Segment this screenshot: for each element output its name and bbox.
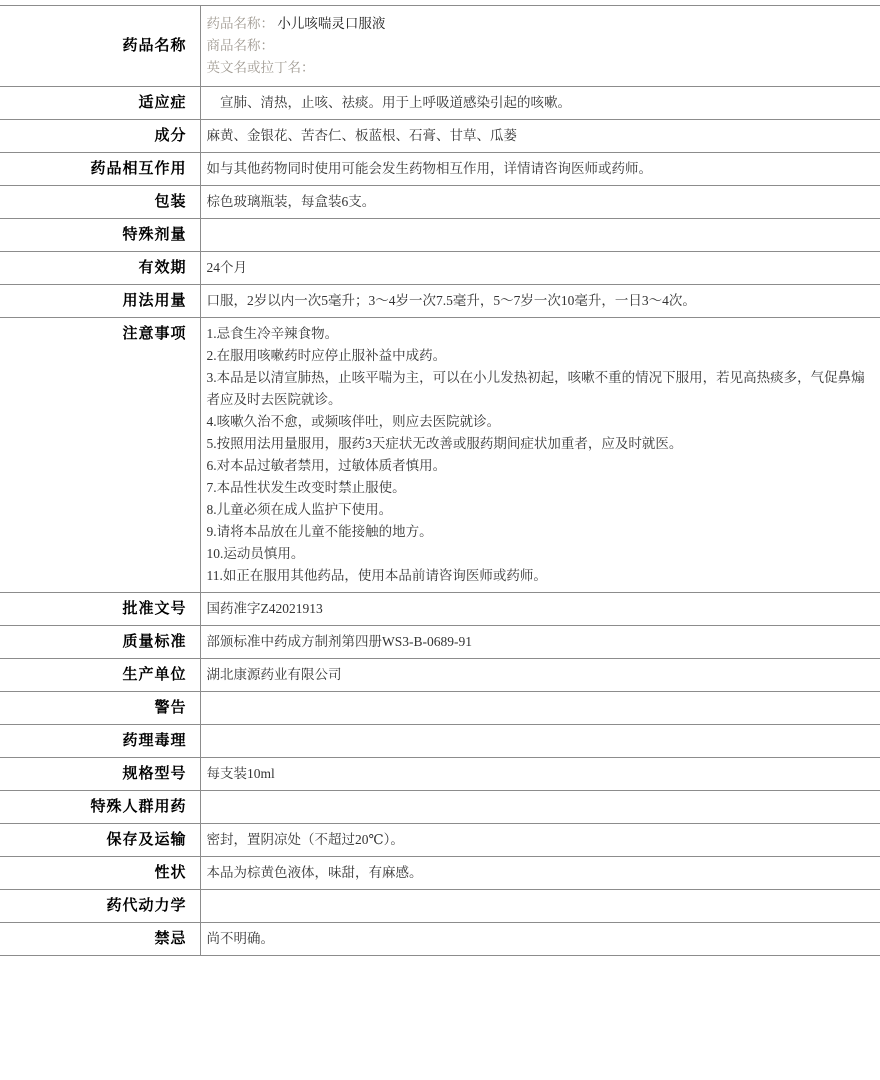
note-line: 6.对本品过敏者禁用，过敏体质者慎用。 — [207, 455, 869, 477]
table-row-pharmacokinetics: 药代动力学 — [0, 890, 880, 923]
row-label-approval-number: 批准文号 — [0, 593, 200, 626]
row-label-drug-name: 药品名称 — [0, 6, 200, 87]
table-row-drug-interactions: 药品相互作用如与其他药物同时使用可能会发生药物相互作用，详情请咨询医师或药师。 — [0, 153, 880, 186]
field-value: 小儿咳喘灵口服液 — [277, 16, 385, 31]
drug-info-table: 药品名称药品名称： 小儿咳喘灵口服液商品名称： 英文名或拉丁名： 适应症 宣肺、… — [0, 5, 880, 956]
table-row-warning: 警告 — [0, 692, 880, 725]
table-row-description: 性状本品为棕黄色液体，味甜，有麻感。 — [0, 857, 880, 890]
note-line: 10.运动员慎用。 — [207, 543, 869, 565]
row-label-indications: 适应症 — [0, 87, 200, 120]
row-label-storage-transport: 保存及运输 — [0, 824, 200, 857]
row-label-packaging: 包装 — [0, 186, 200, 219]
row-label-precautions: 注意事项 — [0, 318, 200, 593]
row-value-drug-name: 药品名称： 小儿咳喘灵口服液商品名称： 英文名或拉丁名： — [200, 6, 880, 87]
note-line: 9.请将本品放在儿童不能接触的地方。 — [207, 521, 869, 543]
row-value-pharmacokinetics — [200, 890, 880, 923]
note-line: 1.忌食生冷辛辣食物。 — [207, 323, 869, 345]
note-line: 7.本品性状发生改变时禁止服使。 — [207, 477, 869, 499]
field-label: 药品名称： — [207, 16, 278, 31]
field-line: 商品名称： — [207, 35, 869, 57]
table-row-dosage-administration: 用法用量口服，2岁以内一次5毫升；3～4岁一次7.5毫升，5～7岁一次10毫升，… — [0, 285, 880, 318]
table-row-storage-transport: 保存及运输密封，置阴凉处（不超过20℃）。 — [0, 824, 880, 857]
note-line: 3.本品是以清宣肺热，止咳平喘为主，可以在小儿发热初起，咳嗽不重的情况下服用，若… — [207, 367, 869, 411]
table-row-approval-number: 批准文号国药准字Z42021913 — [0, 593, 880, 626]
field-line: 英文名或拉丁名： — [207, 57, 869, 79]
table-row-specification: 规格型号每支装10ml — [0, 758, 880, 791]
row-label-description: 性状 — [0, 857, 200, 890]
row-value-indications: 宣肺、清热，止咳、祛痰。用于上呼吸道感染引起的咳嗽。 — [200, 87, 880, 120]
table-row-manufacturer: 生产单位湖北康源药业有限公司 — [0, 659, 880, 692]
row-label-contraindications: 禁忌 — [0, 923, 200, 956]
row-label-dosage-administration: 用法用量 — [0, 285, 200, 318]
note-line: 2.在服用咳嗽药时应停止服补益中成药。 — [207, 345, 869, 367]
row-label-pharmacology-toxicology: 药理毒理 — [0, 725, 200, 758]
table-row-shelf-life: 有效期24个月 — [0, 252, 880, 285]
row-label-manufacturer: 生产单位 — [0, 659, 200, 692]
row-value-quality-standard: 部颁标准中药成方制剂第四册WS3-B-0689-91 — [200, 626, 880, 659]
row-label-pharmacokinetics: 药代动力学 — [0, 890, 200, 923]
table-row-pharmacology-toxicology: 药理毒理 — [0, 725, 880, 758]
row-value-warning — [200, 692, 880, 725]
row-value-dosage-administration: 口服，2岁以内一次5毫升；3～4岁一次7.5毫升，5～7岁一次10毫升，一日3～… — [200, 285, 880, 318]
row-label-quality-standard: 质量标准 — [0, 626, 200, 659]
table-row-precautions: 注意事项1.忌食生冷辛辣食物。2.在服用咳嗽药时应停止服补益中成药。3.本品是以… — [0, 318, 880, 593]
row-label-ingredients: 成分 — [0, 120, 200, 153]
field-line: 药品名称： 小儿咳喘灵口服液 — [207, 13, 869, 35]
table-row-special-dosage: 特殊剂量 — [0, 219, 880, 252]
row-value-storage-transport: 密封，置阴凉处（不超过20℃）。 — [200, 824, 880, 857]
table-row-drug-name: 药品名称药品名称： 小儿咳喘灵口服液商品名称： 英文名或拉丁名： — [0, 6, 880, 87]
row-label-specification: 规格型号 — [0, 758, 200, 791]
row-value-special-population — [200, 791, 880, 824]
row-label-warning: 警告 — [0, 692, 200, 725]
field-label: 商品名称： — [207, 38, 275, 53]
row-value-ingredients: 麻黄、金银花、苦杏仁、板蓝根、石膏、甘草、瓜蒌 — [200, 120, 880, 153]
row-value-contraindications: 尚不明确。 — [200, 923, 880, 956]
table-row-special-population: 特殊人群用药 — [0, 791, 880, 824]
field-label: 英文名或拉丁名： — [207, 60, 315, 75]
table-row-ingredients: 成分麻黄、金银花、苦杏仁、板蓝根、石膏、甘草、瓜蒌 — [0, 120, 880, 153]
row-label-special-population: 特殊人群用药 — [0, 791, 200, 824]
table-row-packaging: 包装棕色玻璃瓶装，每盒装6支。 — [0, 186, 880, 219]
note-line: 5.按照用法用量服用，服药3天症状无改善或服药期间症状加重者，应及时就医。 — [207, 433, 869, 455]
row-value-description: 本品为棕黄色液体，味甜，有麻感。 — [200, 857, 880, 890]
row-value-drug-interactions: 如与其他药物同时使用可能会发生药物相互作用，详情请咨询医师或药师。 — [200, 153, 880, 186]
row-value-special-dosage — [200, 219, 880, 252]
row-label-special-dosage: 特殊剂量 — [0, 219, 200, 252]
row-value-pharmacology-toxicology — [200, 725, 880, 758]
row-label-drug-interactions: 药品相互作用 — [0, 153, 200, 186]
row-value-specification: 每支装10ml — [200, 758, 880, 791]
table-row-indications: 适应症 宣肺、清热，止咳、祛痰。用于上呼吸道感染引起的咳嗽。 — [0, 87, 880, 120]
row-value-packaging: 棕色玻璃瓶装，每盒装6支。 — [200, 186, 880, 219]
table-row-contraindications: 禁忌尚不明确。 — [0, 923, 880, 956]
note-line: 11.如正在服用其他药品，使用本品前请咨询医师或药师。 — [207, 565, 869, 587]
row-value-shelf-life: 24个月 — [200, 252, 880, 285]
note-line: 8.儿童必须在成人监护下使用。 — [207, 499, 869, 521]
row-value-manufacturer: 湖北康源药业有限公司 — [200, 659, 880, 692]
row-value-precautions: 1.忌食生冷辛辣食物。2.在服用咳嗽药时应停止服补益中成药。3.本品是以清宣肺热… — [200, 318, 880, 593]
row-label-shelf-life: 有效期 — [0, 252, 200, 285]
note-line: 4.咳嗽久治不愈，或频咳伴吐，则应去医院就诊。 — [207, 411, 869, 433]
row-value-approval-number: 国药准字Z42021913 — [200, 593, 880, 626]
table-row-quality-standard: 质量标准部颁标准中药成方制剂第四册WS3-B-0689-91 — [0, 626, 880, 659]
